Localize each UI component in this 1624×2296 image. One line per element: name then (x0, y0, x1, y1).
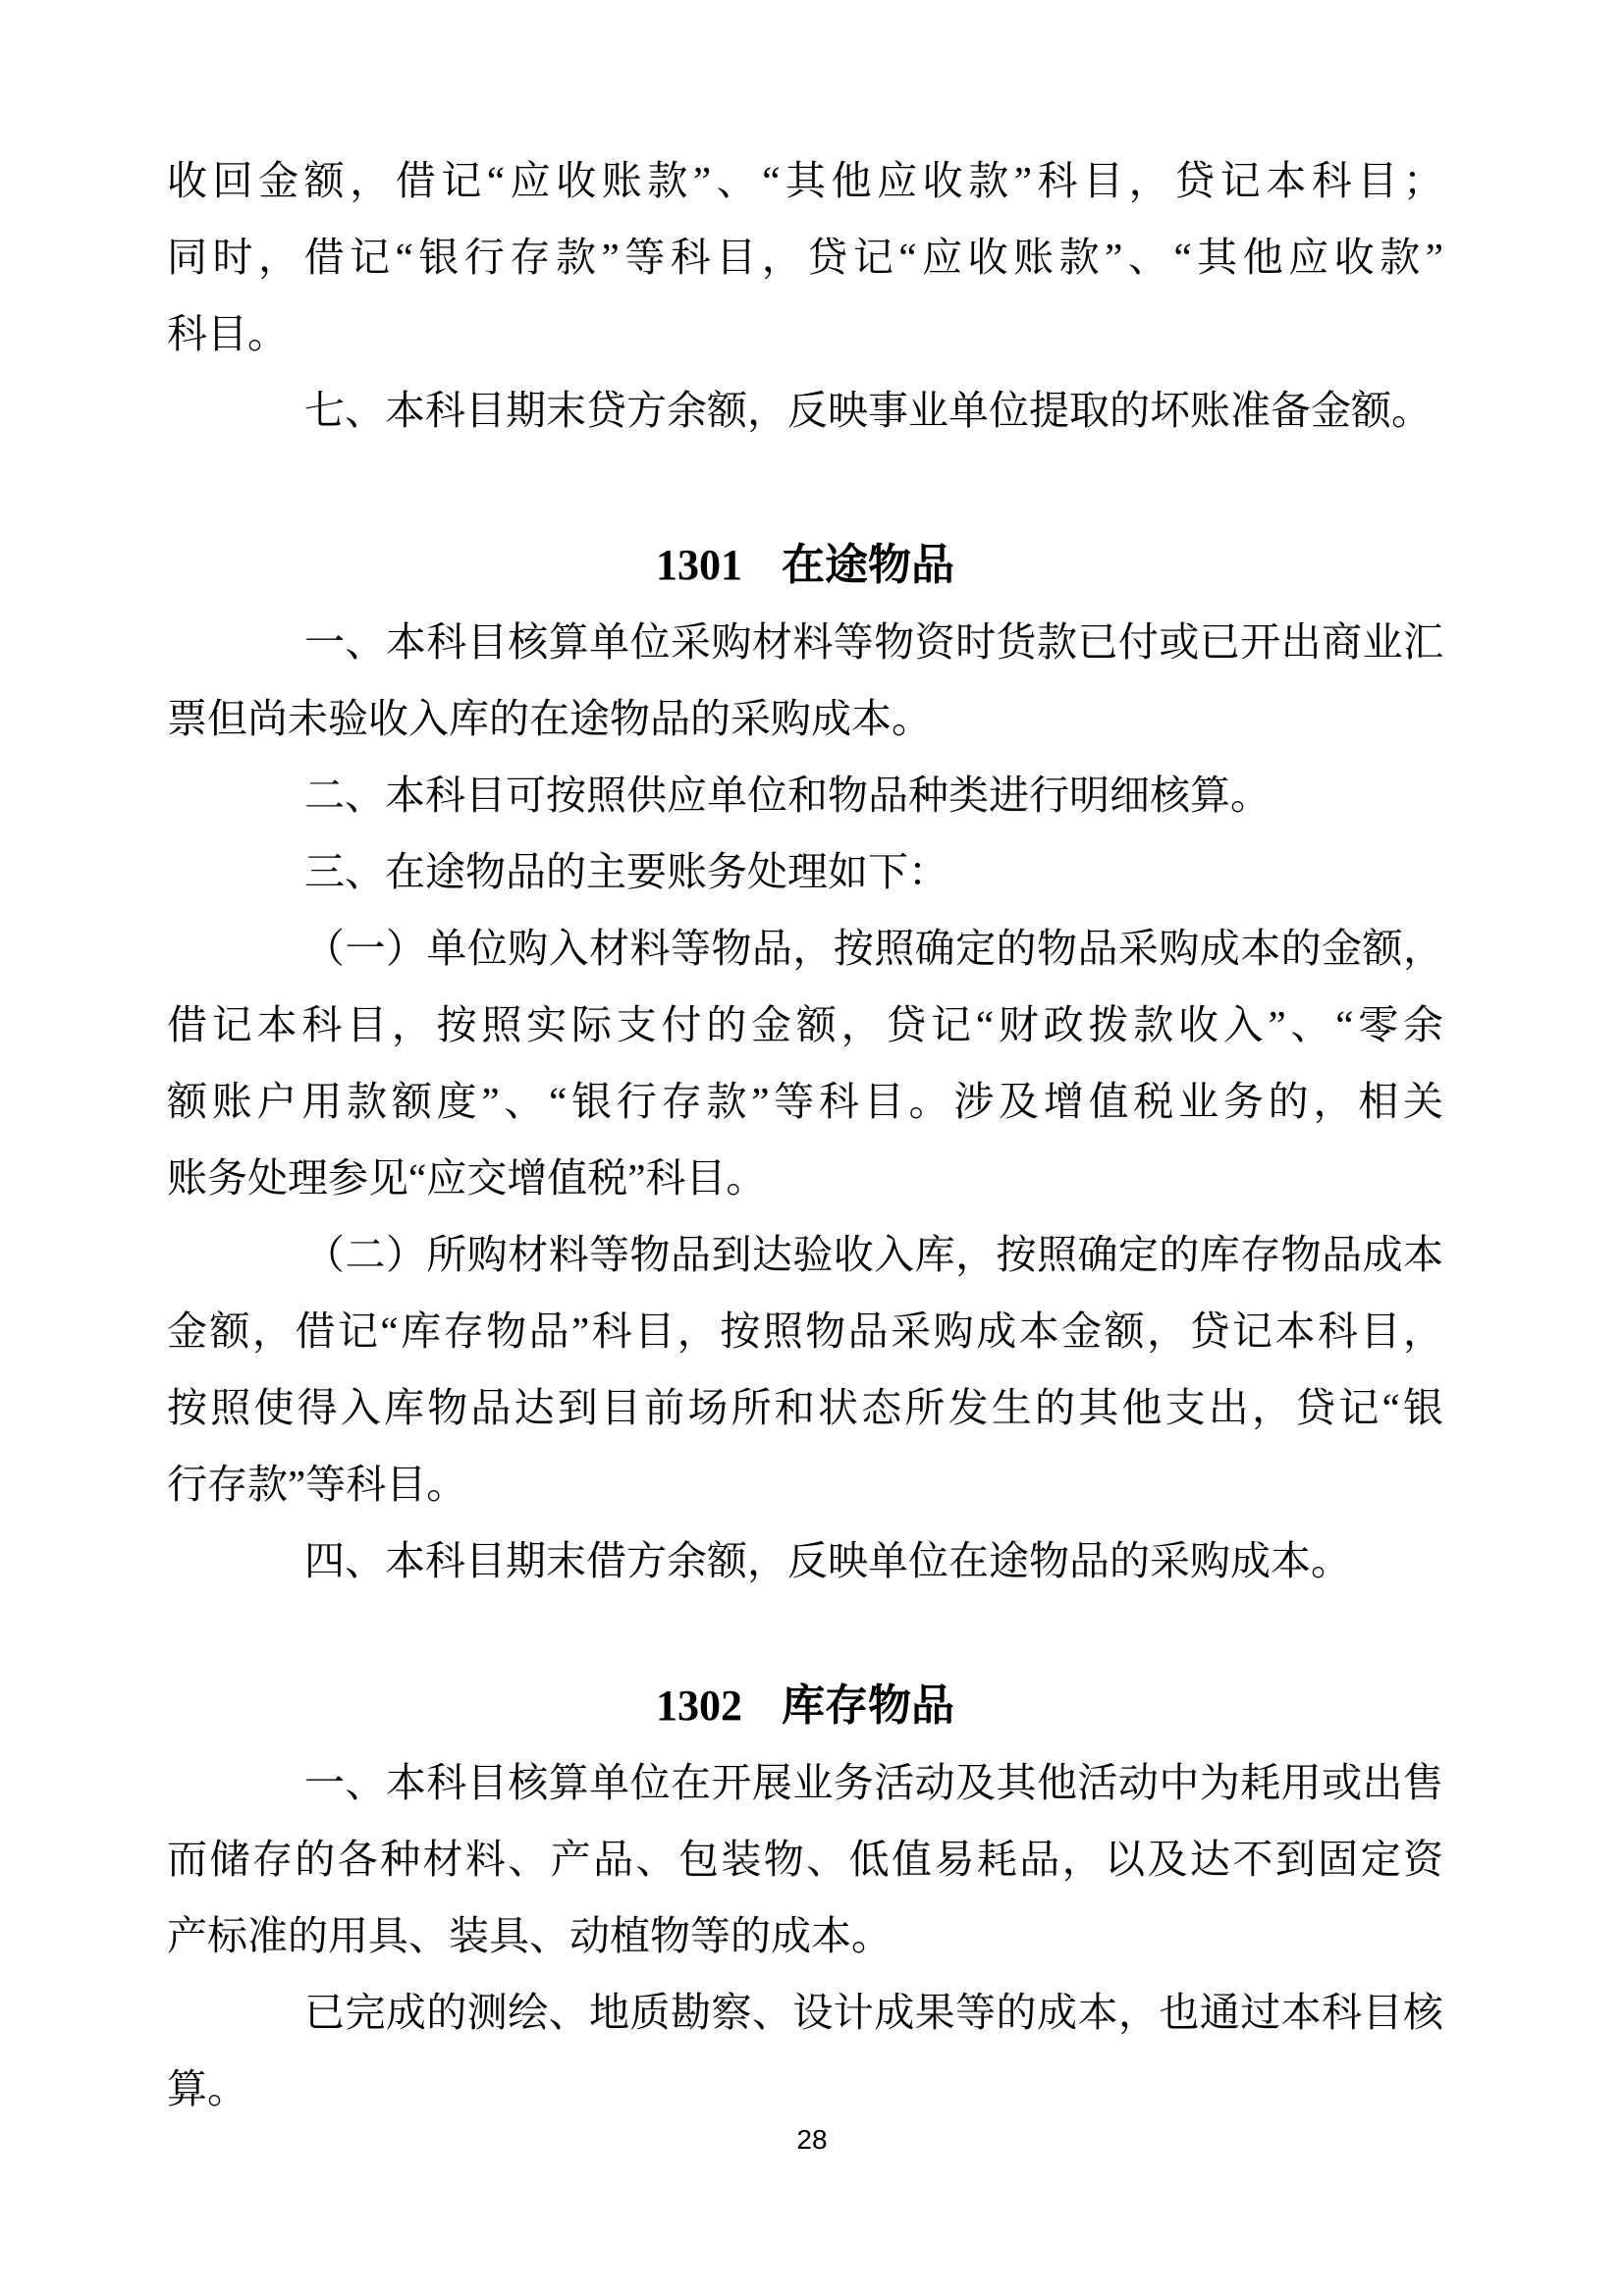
text-line: 二、本科目可按照供应单位和物品种类进行明细核算。 (167, 757, 1443, 833)
text-line: 行存款”等科目。 (167, 1446, 1443, 1522)
page-footer: 28 (0, 2123, 1624, 2157)
heading-title: 库存物品 (782, 1682, 954, 1730)
text-line: 算。 (167, 2051, 1443, 2127)
document-page: 收回金额，借记“应收账款”、“其他应收款”科目，贷记本科目； 同时，借记“银行存… (0, 0, 1624, 2296)
text-line: 产标准的用具、装具、动植物等的成本。 (167, 1897, 1443, 1974)
text-line: 四、本科目期末借方余额，反映单位在途物品的采购成本。 (167, 1522, 1443, 1599)
text-line: 额账户用款额度”、“银行存款”等科目。涉及增值税业务的，相关 (167, 1063, 1443, 1140)
section-heading-1302: 1302库存物品 (167, 1668, 1443, 1744)
text-line: 而储存的各种材料、产品、包装物、低值易耗品，以及达不到固定资 (167, 1821, 1443, 1897)
paragraph-item-7: 七、本科目期末贷方余额，反映事业单位提取的坏账准备金额。 (167, 372, 1443, 449)
text-line: 金额，借记“库存物品”科目，按照物品采购成本金额，贷记本科目， (167, 1293, 1443, 1369)
page-body: 收回金额，借记“应收账款”、“其他应收款”科目，贷记本科目； 同时，借记“银行存… (167, 142, 1443, 2127)
page-number: 28 (796, 2124, 827, 2155)
text-line: 已完成的测绘、地质勘察、设计成果等的成本，也通过本科目核 (167, 1974, 1443, 2051)
text-line: 三、在途物品的主要账务处理如下： (167, 833, 1443, 910)
paragraph-item-3-2: （二）所购材料等物品到达验收入库，按照确定的库存物品成本 金额，借记“库存物品”… (167, 1216, 1443, 1522)
text-line: 一、本科目核算单位在开展业务活动及其他活动中为耗用或出售 (167, 1744, 1443, 1821)
text-line: 借记本科目，按照实际支付的金额，贷记“财政拨款收入”、“零余 (167, 987, 1443, 1063)
text-line: 按照使得入库物品达到目前场所和状态所发生的其他支出，贷记“银 (167, 1369, 1443, 1446)
paragraph-item-3: 三、在途物品的主要账务处理如下： (167, 833, 1443, 910)
text-line: 七、本科目期末贷方余额，反映事业单位提取的坏账准备金额。 (167, 372, 1443, 449)
text-line: （一）单位购入材料等物品，按照确定的物品采购成本的金额， (167, 910, 1443, 987)
text-line: 同时，借记“银行存款”等科目，贷记“应收账款”、“其他应收款” (167, 219, 1443, 295)
text-line: （二）所购材料等物品到达验收入库，按照确定的库存物品成本 (167, 1216, 1443, 1293)
text-line: 收回金额，借记“应收账款”、“其他应收款”科目，贷记本科目； (167, 142, 1443, 219)
paragraph-item-2: 二、本科目可按照供应单位和物品种类进行明细核算。 (167, 757, 1443, 833)
paragraph-item-3-1: （一）单位购入材料等物品，按照确定的物品采购成本的金额， 借记本科目，按照实际支… (167, 910, 1443, 1216)
text-line: 账务处理参见“应交增值税”科目。 (167, 1140, 1443, 1216)
text-line: 科目。 (167, 295, 1443, 372)
text-line: 票但尚未验收入库的在途物品的采购成本。 (167, 680, 1443, 757)
heading-number: 1302 (656, 1682, 742, 1730)
paragraph-item-1b: 一、本科目核算单位在开展业务活动及其他活动中为耗用或出售 而储存的各种材料、产品… (167, 1744, 1443, 1974)
text-line: 一、本科目核算单位采购材料等物资时货款已付或已开出商业汇 (167, 604, 1443, 680)
paragraph-item-4: 四、本科目期末借方余额，反映单位在途物品的采购成本。 (167, 1522, 1443, 1599)
paragraph-item-1: 一、本科目核算单位采购材料等物资时货款已付或已开出商业汇 票但尚未验收入库的在途… (167, 604, 1443, 757)
paragraph-carryover: 收回金额，借记“应收账款”、“其他应收款”科目，贷记本科目； 同时，借记“银行存… (167, 142, 1443, 372)
heading-title: 在途物品 (782, 541, 954, 589)
paragraph-completed-costs: 已完成的测绘、地质勘察、设计成果等的成本，也通过本科目核 算。 (167, 1974, 1443, 2127)
section-heading-1301: 1301在途物品 (167, 527, 1443, 604)
heading-number: 1301 (656, 541, 742, 589)
